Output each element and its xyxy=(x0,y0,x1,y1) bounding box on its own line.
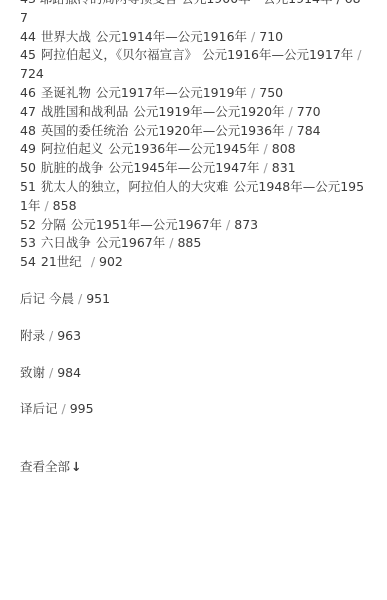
chapter-number: 46 xyxy=(20,85,36,100)
chapter-number: 51 xyxy=(20,179,36,194)
toc-section-item[interactable]: 译后记/995 xyxy=(20,400,368,419)
toc-chapter-item[interactable]: 44世界大战公元1914年—公元1916年/710 xyxy=(20,28,368,47)
section-page-number: 984 xyxy=(57,365,81,380)
separator: / xyxy=(264,141,268,156)
separator: / xyxy=(226,217,230,232)
chapter-period: 公元1919年—公元1920年 xyxy=(133,104,284,119)
section-page-number: 995 xyxy=(70,401,94,416)
section-title: 后记 今晨 xyxy=(20,291,74,306)
chapter-page-number: 784 xyxy=(297,123,321,138)
chapter-number: 44 xyxy=(20,29,36,44)
separator: / xyxy=(49,328,53,343)
chapter-list: 44世界大战公元1914年—公元1916年/71045阿拉伯起义，《贝尔福宣言》… xyxy=(20,28,368,272)
toc-partial-line: 43 耶路撒冷的局两等预变言 公元1900年—公元1914年 / 687 xyxy=(20,0,368,28)
separator: / xyxy=(251,29,255,44)
chapter-title: 世界大战 xyxy=(41,29,91,44)
section-page-number: 951 xyxy=(86,291,110,306)
chapter-period: 公元1945年—公元1947年 xyxy=(108,160,259,175)
chapter-period: 公元1920年—公元1936年 xyxy=(133,123,284,138)
view-all-button[interactable]: 查看全部↓ xyxy=(20,458,82,476)
chapter-number: 48 xyxy=(20,123,36,138)
toc-chapter-item[interactable]: 53六日战争公元1967年/885 xyxy=(20,234,368,253)
toc-chapter-item[interactable]: 45阿拉伯起义，《贝尔福宣言》公元1916年—公元1917年/724 xyxy=(20,46,368,84)
chapter-page-number: 831 xyxy=(272,160,296,175)
chapter-title: 肮脏的战争 xyxy=(41,160,104,175)
chapter-title: 阿拉伯起义 xyxy=(41,141,104,156)
chapter-title: 英国的委任统治 xyxy=(41,123,129,138)
chapter-number: 50 xyxy=(20,160,36,175)
separator: / xyxy=(357,47,361,62)
toc-section-item[interactable]: 致谢/984 xyxy=(20,364,368,383)
toc-chapter-item[interactable]: 47战胜国和战利品公元1919年—公元1920年/770 xyxy=(20,103,368,122)
toc-chapter-item[interactable]: 52分隔公元1951年—公元1967年/873 xyxy=(20,216,368,235)
separator: / xyxy=(289,123,293,138)
section-title: 译后记 xyxy=(20,401,58,416)
toc-chapter-item[interactable]: 51犹太人的独立，阿拉伯人的大灾难公元1948年—公元1951年/858 xyxy=(20,178,368,216)
toc-chapter-item[interactable]: 5421世纪/902 xyxy=(20,253,368,272)
arrow-down-icon: ↓ xyxy=(71,459,81,474)
chapter-number: 52 xyxy=(20,217,36,232)
chapter-title: 犹太人的独立，阿拉伯人的大灾难 xyxy=(41,179,229,194)
chapter-title: 分隔 xyxy=(41,217,66,232)
chapter-page-number: 902 xyxy=(99,254,123,269)
separator: / xyxy=(289,104,293,119)
section-page-number: 963 xyxy=(57,328,81,343)
toc-section-item[interactable]: 后记 今晨/951 xyxy=(20,290,368,309)
chapter-page-number: 724 xyxy=(20,66,44,81)
toc-section-item[interactable]: 附录/963 xyxy=(20,327,368,346)
section-title: 致谢 xyxy=(20,365,45,380)
chapter-number: 53 xyxy=(20,235,36,250)
toc-chapter-item[interactable]: 46圣诞礼物公元1917年—公元1919年/750 xyxy=(20,84,368,103)
chapter-title: 圣诞礼物 xyxy=(41,85,91,100)
separator: / xyxy=(169,235,173,250)
separator: / xyxy=(78,291,82,306)
chapter-page-number: 770 xyxy=(297,104,321,119)
toc-chapter-item[interactable]: 48英国的委任统治公元1920年—公元1936年/784 xyxy=(20,122,368,141)
separator: / xyxy=(44,198,48,213)
separator: / xyxy=(264,160,268,175)
chapter-page-number: 885 xyxy=(177,235,201,250)
chapter-title: 六日战争 xyxy=(41,235,91,250)
separator: / xyxy=(251,85,255,100)
separator: / xyxy=(49,365,53,380)
table-of-contents: 43 耶路撒冷的局两等预变言 公元1900年—公元1914年 / 687 44世… xyxy=(20,0,368,419)
chapter-page-number: 750 xyxy=(259,85,283,100)
chapter-title: 阿拉伯起义，《贝尔福宣言》 xyxy=(41,47,197,62)
chapter-number: 47 xyxy=(20,104,36,119)
toc-chapter-item[interactable]: 50肮脏的战争公元1945年—公元1947年/831 xyxy=(20,159,368,178)
chapter-number: 49 xyxy=(20,141,36,156)
toc-chapter-item[interactable]: 49阿拉伯起义公元1936年—公元1945年/808 xyxy=(20,140,368,159)
chapter-period: 公元1917年—公元1919年 xyxy=(96,85,247,100)
chapter-page-number: 808 xyxy=(272,141,296,156)
chapter-number: 45 xyxy=(20,47,36,62)
chapter-title: 战胜国和战利品 xyxy=(41,104,129,119)
chapter-page-number: 858 xyxy=(53,198,77,213)
section-title: 附录 xyxy=(20,328,45,343)
separator: / xyxy=(62,401,66,416)
chapter-title: 21世纪 xyxy=(41,254,82,269)
section-list: 后记 今晨/951附录/963致谢/984译后记/995 xyxy=(20,290,368,419)
chapter-period: 公元1967年 xyxy=(96,235,165,250)
separator: / xyxy=(91,254,95,269)
chapter-page-number: 710 xyxy=(259,29,283,44)
chapter-period: 公元1916年—公元1917年 xyxy=(202,47,353,62)
view-all-label: 查看全部 xyxy=(20,459,70,474)
chapter-period: 公元1951年—公元1967年 xyxy=(71,217,222,232)
chapter-number: 54 xyxy=(20,254,36,269)
chapter-period: 公元1936年—公元1945年 xyxy=(108,141,259,156)
chapter-period: 公元1914年—公元1916年 xyxy=(96,29,247,44)
chapter-page-number: 873 xyxy=(234,217,258,232)
